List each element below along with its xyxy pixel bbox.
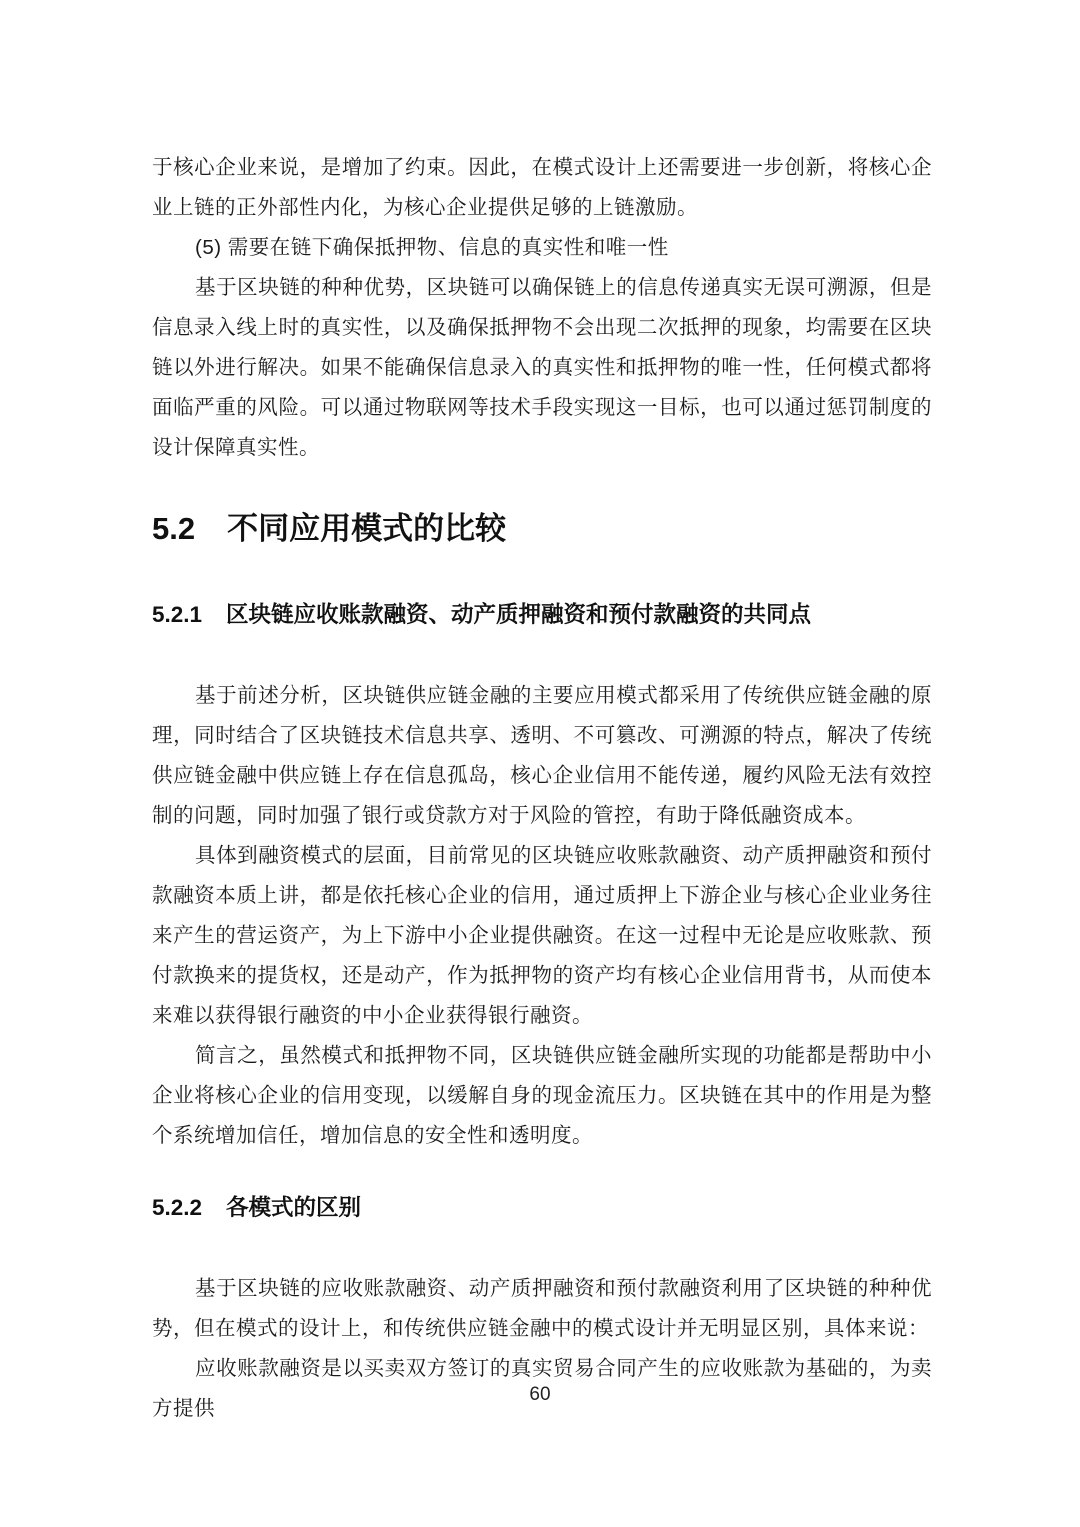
subsection-heading-5-2-1: 5.2.1 区块链应收账款融资、动产质押融资和预付款融资的共同点	[152, 601, 932, 628]
document-page: 于核心企业来说，是增加了约束。因此，在模式设计上还需要进一步创新，将核心企业上链…	[0, 0, 1080, 1527]
subsection-number: 5.2.1	[152, 601, 202, 628]
page-number: 60	[0, 1384, 1080, 1406]
paragraph-differences-intro: 基于区块链的应收账款融资、动产质押融资和预付款融资利用了区块链的种种优势，但在模…	[152, 1269, 932, 1349]
subsection-title: 区块链应收账款融资、动产质押融资和预付款融资的共同点	[226, 601, 811, 628]
subsection-heading-5-2-2: 5.2.2 各模式的区别	[152, 1194, 932, 1221]
paragraph-financing-modes: 具体到融资模式的层面，目前常见的区块链应收账款融资、动产质押融资和预付款融资本质…	[152, 836, 932, 1036]
carryover-paragraph: 于核心企业来说，是增加了约束。因此，在模式设计上还需要进一步创新，将核心企业上链…	[152, 148, 932, 228]
paragraph-offchain-authenticity: 基于区块链的种种优势，区块链可以确保链上的信息传递真实无误可溯源，但是信息录入线…	[152, 268, 932, 468]
subsection-title: 各模式的区别	[226, 1194, 361, 1221]
section-heading-5-2: 5.2 不同应用模式的比较	[152, 510, 932, 547]
paragraph-common-analysis: 基于前述分析，区块链供应链金融的主要应用模式都采用了传统供应链金融的原理，同时结…	[152, 676, 932, 836]
paragraph-summary: 简言之，虽然模式和抵押物不同，区块链供应链金融所实现的功能都是帮助中小企业将核心…	[152, 1036, 932, 1156]
subsection-number: 5.2.2	[152, 1194, 202, 1221]
section-number: 5.2	[152, 510, 195, 547]
section-title: 不同应用模式的比较	[227, 510, 506, 547]
text-column: 于核心企业来说，是增加了约束。因此，在模式设计上还需要进一步创新，将核心企业上链…	[152, 148, 932, 1429]
numbered-point-5: (5) 需要在链下确保抵押物、信息的真实性和唯一性	[152, 228, 932, 268]
